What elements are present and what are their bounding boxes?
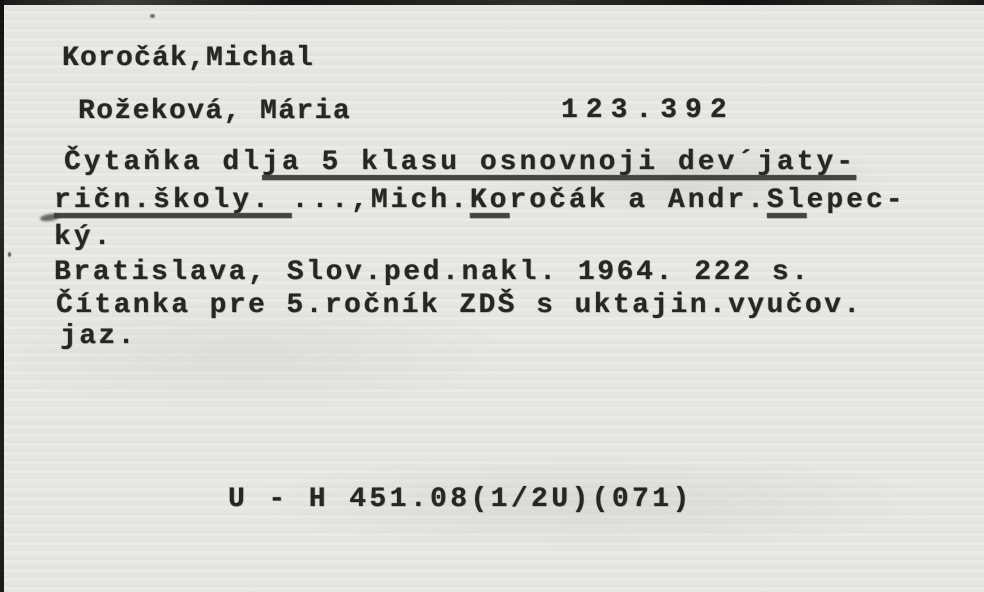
text-segment: ký.: [54, 222, 113, 253]
scan-edge-left: [0, 0, 4, 592]
text-segment: ročák a Andr.: [509, 185, 766, 216]
title-line-3: ký.: [54, 223, 113, 253]
text-segment: Ko: [470, 185, 510, 216]
text-segment: Čytaňka dl: [64, 147, 262, 178]
author-secondary: Rožeková, Mária: [78, 97, 351, 127]
author-main: Koročák,Michal: [62, 44, 314, 74]
catalog-card: Koročák,Michal Rožeková, Mária 123.392 Č…: [0, 0, 984, 592]
dust-speck: [8, 252, 11, 257]
text-segment: epec-: [807, 185, 906, 216]
text-segment: ja 5 klasu osnovnoji dev´jaty-: [262, 147, 856, 178]
text-segment: ričn.školy.: [54, 185, 292, 216]
scan-edge-top: [0, 0, 984, 5]
title-line-1: Čytaňka dlja 5 klasu osnovnoji dev´jaty-: [64, 148, 856, 178]
accession-number: 123.392: [561, 96, 735, 126]
text-segment: ...,Mich.: [292, 185, 470, 216]
text-segment: Sl: [767, 185, 807, 216]
call-number: U - H 451.08(1/2U)(071): [228, 485, 693, 515]
title-line-2: ričn.školy. ...,Mich.Koročák a Andr.Slep…: [54, 186, 906, 216]
note-line-2: jaz.: [60, 322, 137, 352]
imprint-line: Bratislava, Slov.ped.nakl. 1964. 222 s.: [54, 258, 811, 288]
dust-speck: [150, 14, 155, 18]
note-line-1: Čítanka pre 5.ročník ZDŠ s uktajin.vyučo…: [56, 291, 863, 321]
